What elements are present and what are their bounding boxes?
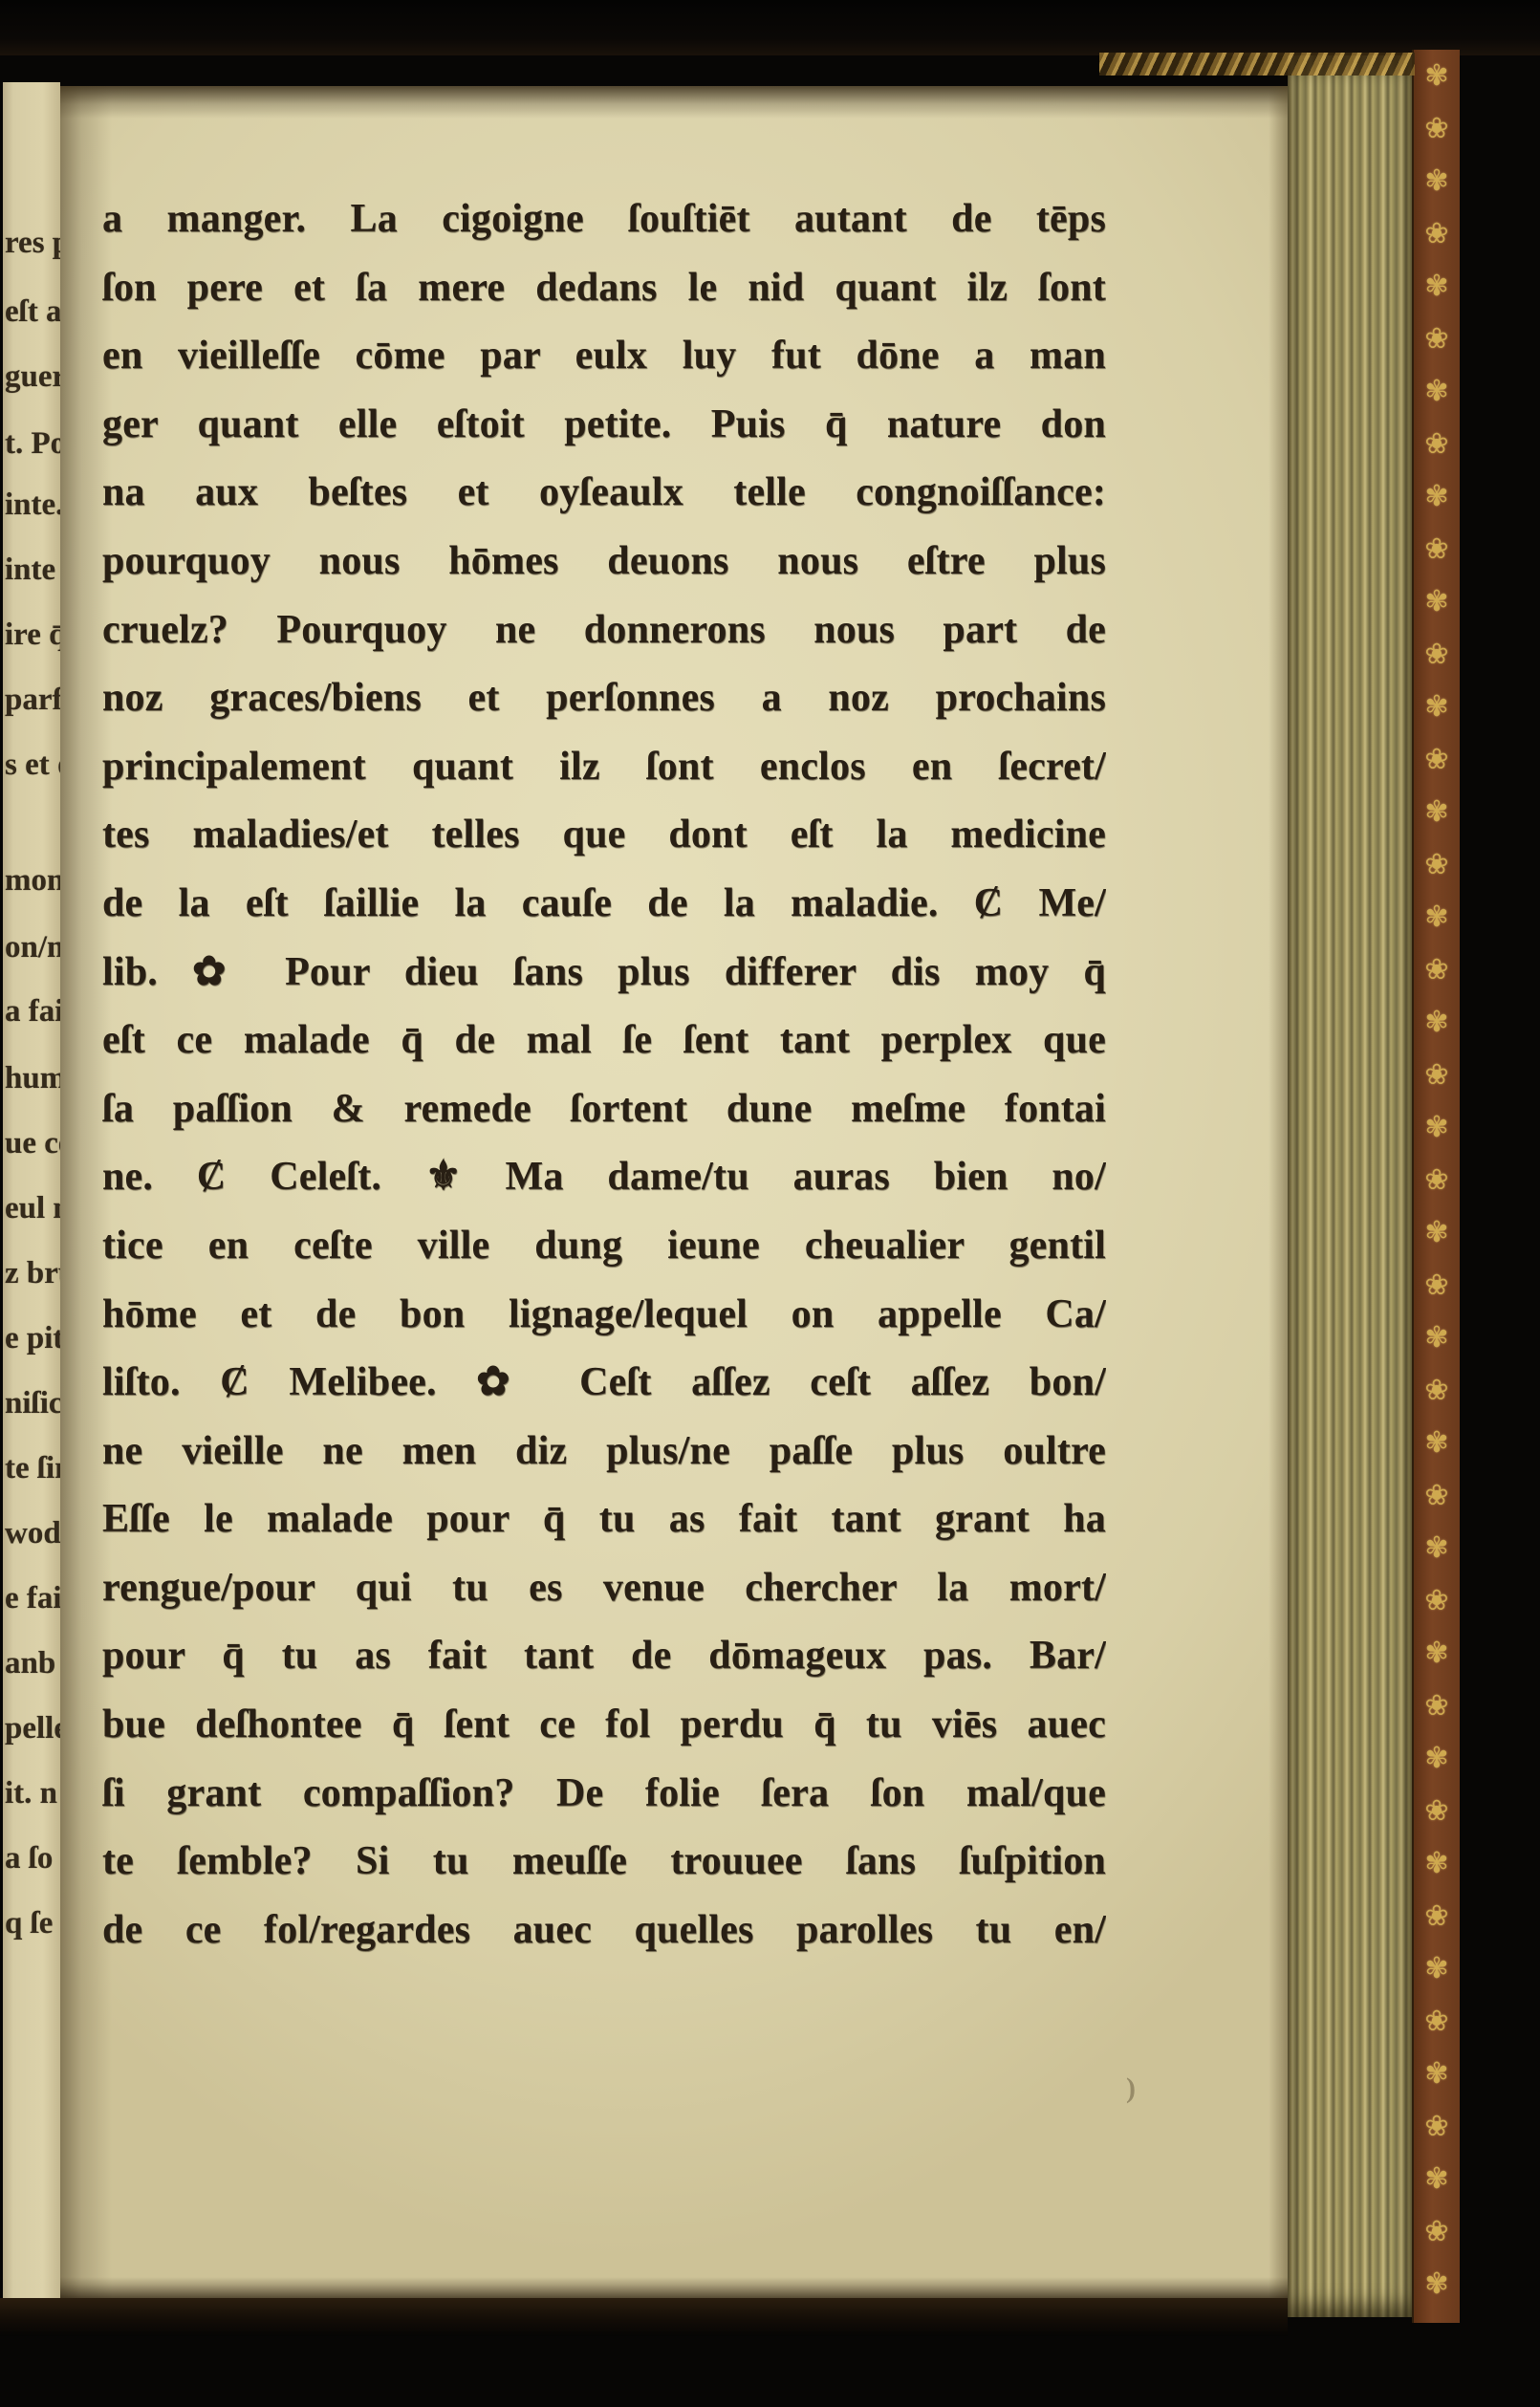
gold-tooling-ornament-icon: ❀	[1414, 1259, 1460, 1312]
text-line: pourquoy nous hōmes deuons nous eſtre pl…	[102, 528, 1106, 596]
margin-text-fragment: inte. C	[5, 489, 60, 521]
gold-tooling-ornament-icon: ✾	[1414, 891, 1460, 943]
gold-tooling-ornament-icon: ✾	[1414, 260, 1460, 313]
margin-text-fragment: on/mini	[5, 932, 60, 964]
gold-tooling-ornament-icon: ❀	[1414, 102, 1460, 155]
margin-text-fragment: monte	[5, 865, 60, 897]
gold-tooling-ornament-icon: ✾	[1414, 1312, 1460, 1364]
text-line: pour q̄ tu as fait tant de dōmageux pas.…	[102, 1622, 1106, 1691]
text-line: de la eſt ſaillie la cauſe de la maladie…	[102, 870, 1106, 939]
margin-text-fragment: ue ceſt	[5, 1128, 60, 1160]
margin-text-fragment: inte en	[5, 554, 60, 586]
gilt-fore-edge	[1288, 55, 1412, 2317]
text-line: rengue/pour qui tu es venue chercher la …	[102, 1554, 1106, 1623]
margin-text-fragment: a ſo	[5, 1843, 53, 1875]
margin-text-fragment: pelle	[5, 1713, 60, 1745]
text-line: liſto. Ȼ Melibee. ✿ Ceſt aſſez ceſt aſſe…	[102, 1349, 1106, 1418]
text-line: noz graces/biens et perſonnes a noz proc…	[102, 664, 1106, 733]
margin-text-fragment: anb	[5, 1648, 55, 1680]
gold-tooling-ornament-icon: ❀	[1414, 1995, 1460, 2048]
margin-text-fragment: eul noſ	[5, 1193, 60, 1225]
gold-tooling-ornament-icon: ✾	[1414, 1627, 1460, 1680]
margin-text-fragment: it. n	[5, 1778, 57, 1810]
gold-tooling-ornament-icon: ✾	[1414, 1837, 1460, 1890]
text-line: ne vieille ne men diz plus/ne paſſe plus…	[102, 1418, 1106, 1486]
text-line: ne. Ȼ Celeſt. ⚜ Ma dame/tu auras bien no…	[102, 1143, 1106, 1212]
facing-page-edge: res pluseſt a perſguerir ſet. Pouinte. C…	[3, 82, 60, 2309]
gold-tooling-ornament-icon: ❀	[1414, 1680, 1460, 1732]
gold-tooling-ornament-icon: ❀	[1414, 1049, 1460, 1101]
gold-tooling-ornament-icon: ✾	[1414, 1942, 1460, 1995]
margin-text-fragment: t. Pou	[5, 428, 60, 460]
text-line: cruelz? Pourquoy ne donnerons nous part …	[102, 596, 1106, 665]
margin-text-fragment: z brutes	[5, 1258, 60, 1290]
book-page: a manger. La cigoigne ſouſtiēt autant de…	[60, 86, 1288, 2302]
gold-tooling-ornament-icon: ✾	[1414, 1732, 1460, 1785]
margin-text-fragment: ire q̄ en	[5, 619, 60, 651]
text-line: Eſſe le malade pour q̄ tu as fait tant g…	[102, 1485, 1106, 1554]
gold-tooling-ornament-icon: ❀	[1414, 2100, 1460, 2153]
gold-tooling-ornament-icon: ✾	[1414, 2258, 1460, 2310]
gold-tooling-ornament-icon: ✾	[1414, 1101, 1460, 1154]
book-photo: res pluseſt a perſguerir ſet. Pouinte. C…	[0, 0, 1540, 2407]
gold-tooling-ornament-icon: ❀	[1414, 1574, 1460, 1627]
gold-tooling-ornament-icon: ✾	[1414, 155, 1460, 207]
margin-text-fragment: e fait	[5, 1583, 60, 1615]
margin-text-fragment: q ſe	[5, 1908, 53, 1940]
gold-tooling-ornament-icon: ✾	[1414, 1206, 1460, 1259]
text-line: lib. ✿ Pour dieu ſans plus differer dis …	[102, 939, 1106, 1008]
text-line: en vieilleſſe cōme par eulx luy fut dōne…	[102, 322, 1106, 391]
text-line: tes maladies/et telles que dont eſt la m…	[102, 801, 1106, 870]
gold-tooling-ornament-icon: ✾	[1414, 1522, 1460, 1574]
gold-tooling-ornament-icon: ✾	[1414, 365, 1460, 418]
margin-text-fragment: a fait a	[5, 996, 60, 1028]
margin-text-fragment: eſt a perſ	[5, 296, 60, 328]
gold-tooling-ornament-icon: ✾	[1414, 470, 1460, 523]
margin-text-fragment: wodt	[5, 1518, 60, 1550]
gold-tooling-ornament-icon: ✾	[1414, 1417, 1460, 1469]
gold-tooling-ornament-icon: ❀	[1414, 1469, 1460, 1522]
gold-tooling-ornament-icon: ❀	[1414, 838, 1460, 891]
margin-text-fragment: guerir ſe	[5, 361, 60, 393]
text-line: principalement quant ilz ſont enclos en …	[102, 733, 1106, 802]
gold-tooling-ornament-icon: ❀	[1414, 733, 1460, 786]
gold-tooling-ornament-icon: ✾	[1414, 575, 1460, 628]
gold-tooling-ornament-icon: ❀	[1414, 1785, 1460, 1837]
text-line: hōme et de bon lignage/lequel on appelle…	[102, 1281, 1106, 1350]
text-line: tice en ceſte ville dung ieune cheualier…	[102, 1212, 1106, 1281]
text-line: eſt ce malade q̄ de mal ſe ſent tant per…	[102, 1007, 1106, 1075]
photo-bottom-dark-band	[0, 2298, 1288, 2336]
text-line: ſon pere et ſa mere dedans le nid quant …	[102, 254, 1106, 323]
margin-text-fragment: niſicad	[5, 1388, 60, 1420]
text-line: de ce fol/regardes auec quelles parolles…	[102, 1897, 1106, 1965]
gauffered-top-edge	[1099, 53, 1415, 76]
gold-tooling-ornament-icon: ❀	[1414, 418, 1460, 470]
margin-text-fragment: parfaic	[5, 684, 60, 716]
gold-tooling-ornament-icon: ✾	[1414, 50, 1460, 102]
margin-text-fragment: res plus	[5, 228, 60, 259]
text-line: ſi grant compaſſion? De folie ſera ſon m…	[102, 1760, 1106, 1829]
text-block: a manger. La cigoigne ſouſtiēt autant de…	[102, 185, 1106, 1964]
text-line: bue deſhontee q̄ ſent ce fol perdu q̄ tu…	[102, 1691, 1106, 1760]
gutter-shadow	[60, 86, 112, 2302]
text-line: na aux beſtes et oyſeaulx telle congnoiſ…	[102, 459, 1106, 528]
margin-text-fragment: s et de ſ	[5, 749, 60, 781]
gold-tooling-ornament-icon: ✾	[1414, 786, 1460, 838]
margin-text-fragment: e piton	[5, 1323, 60, 1355]
gold-tooling-ornament-icon: ❀	[1414, 1890, 1460, 1942]
page-right-crease	[1269, 86, 1288, 2302]
gold-tooling-ornament-icon: ❀	[1414, 523, 1460, 575]
gold-tooling-ornament-icon: ❀	[1414, 207, 1460, 260]
text-line: ger quant elle eſtoit petite. Puis q̄ na…	[102, 391, 1106, 460]
stray-mark: )	[1126, 2072, 1136, 2105]
gold-tooling-ornament-icon: ❀	[1414, 313, 1460, 365]
gold-tooling-ornament-icon: ❀	[1414, 1364, 1460, 1417]
text-line: te ſemble? Si tu meuſſe trouuee ſans ſuſ…	[102, 1828, 1106, 1897]
gold-tooling-ornament-icon: ❀	[1414, 1154, 1460, 1206]
page-top-shadow	[60, 86, 1288, 119]
margin-text-fragment: te ſim	[5, 1453, 60, 1485]
gold-tooling-ornament-icon: ✾	[1414, 2048, 1460, 2100]
gold-tooling-ornament-icon: ❀	[1414, 2205, 1460, 2258]
gold-tooling-ornament-icon: ❀	[1414, 628, 1460, 681]
gold-tooling-ornament-icon: ✾	[1414, 996, 1460, 1049]
tooled-binding-edge: ✾❀✾❀✾❀✾❀✾❀✾❀✾❀✾❀✾❀✾❀✾❀✾❀✾❀✾❀✾❀✾❀✾❀✾❀✾❀✾❀…	[1412, 50, 1460, 2323]
margin-text-fragment: humain	[5, 1063, 60, 1095]
text-line: a manger. La cigoigne ſouſtiēt autant de…	[102, 185, 1106, 254]
text-line: ſa paſſion & remede ſortent dune meſme f…	[102, 1075, 1106, 1144]
gold-tooling-ornament-icon: ❀	[1414, 943, 1460, 996]
gold-tooling-ornament-icon: ✾	[1414, 681, 1460, 733]
gold-tooling-ornament-icon: ✾	[1414, 2153, 1460, 2205]
photo-top-dark-band	[0, 0, 1540, 55]
